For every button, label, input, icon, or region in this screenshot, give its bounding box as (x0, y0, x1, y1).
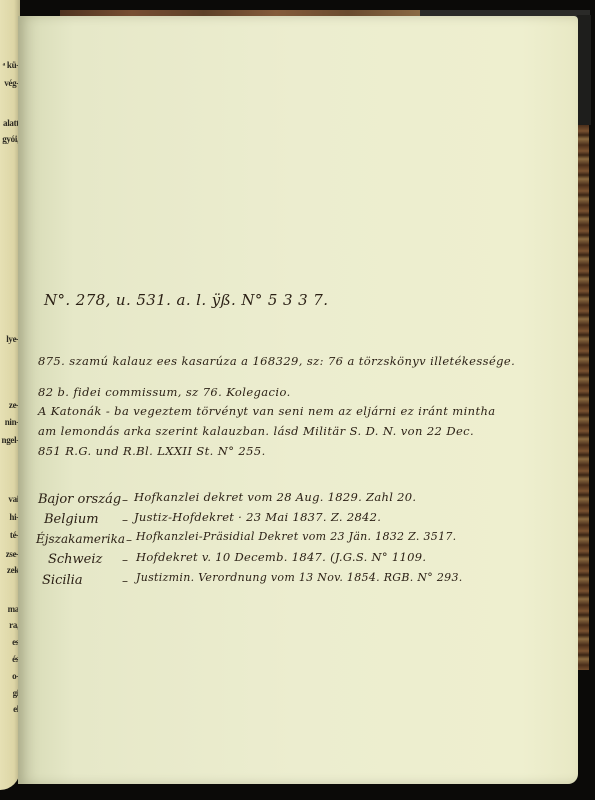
facing-text-fragment: vég- (4, 78, 19, 88)
country-name: Schweiz (48, 552, 102, 567)
reference-number-line: N°. 278, u. 531. a. l. ÿß. N° 5 3 3 7. (44, 291, 328, 309)
row-separator: – (122, 513, 128, 527)
handwritten-page: N°. 278, u. 531. a. l. ÿß. N° 5 3 3 7. 8… (18, 16, 578, 784)
facing-text-fragment: alatt (3, 118, 19, 128)
row-separator: – (122, 553, 128, 567)
decree-entry: Hofdekret v. 10 Decemb. 1847. (J.G.S. N°… (136, 550, 426, 564)
facing-printed-page: ᵃ kü- vég- alatt gyói, lye- ze- nin- nge… (0, 0, 20, 790)
note-line-3: A Katonák - ba vegeztem törvényt van sen… (38, 404, 496, 418)
facing-text-fragment: ngel- (2, 435, 20, 445)
decree-entry: Justiz-Hofdekret · 23 Mai 1837. Z. 2842. (134, 510, 381, 524)
decree-entry: Hofkanzlei-Präsidial Dekret vom 23 Jän. … (136, 530, 456, 543)
facing-text-fragment: nin- (5, 417, 19, 427)
facing-text-fragment: gyói, (2, 134, 19, 144)
country-name: Éjszakamerika (36, 532, 125, 546)
note-line-2: 82 b. fidei commissum, sz 76. Kolegacio. (38, 385, 291, 399)
row-separator: – (122, 493, 128, 507)
note-line-4: am lemondás arka szerint kalauzban. lásd… (38, 424, 474, 438)
marbled-cover-right-edge (577, 125, 589, 670)
decree-entry: Justizmin. Verordnung vom 13 Nov. 1854. … (136, 571, 463, 584)
row-separator: – (126, 533, 132, 547)
decree-entry: Hofkanzlei dekret vom 28 Aug. 1829. Zahl… (134, 490, 416, 504)
row-separator: – (122, 574, 128, 588)
country-name: Belgium (44, 512, 99, 527)
note-line-5: 851 R.G. und R.Bl. LXXII St. N° 255. (38, 444, 266, 458)
country-name: Bajor ország (38, 492, 121, 507)
facing-text-fragment: ᵃ kü- (3, 60, 19, 70)
country-name: Sicilia (42, 573, 83, 588)
book-cover-right-edge-dark (577, 15, 591, 125)
note-line-1: 875. szamú kalauz ees kasarúza a 168329,… (38, 354, 515, 368)
facing-text-fragment: zse- (6, 549, 19, 559)
